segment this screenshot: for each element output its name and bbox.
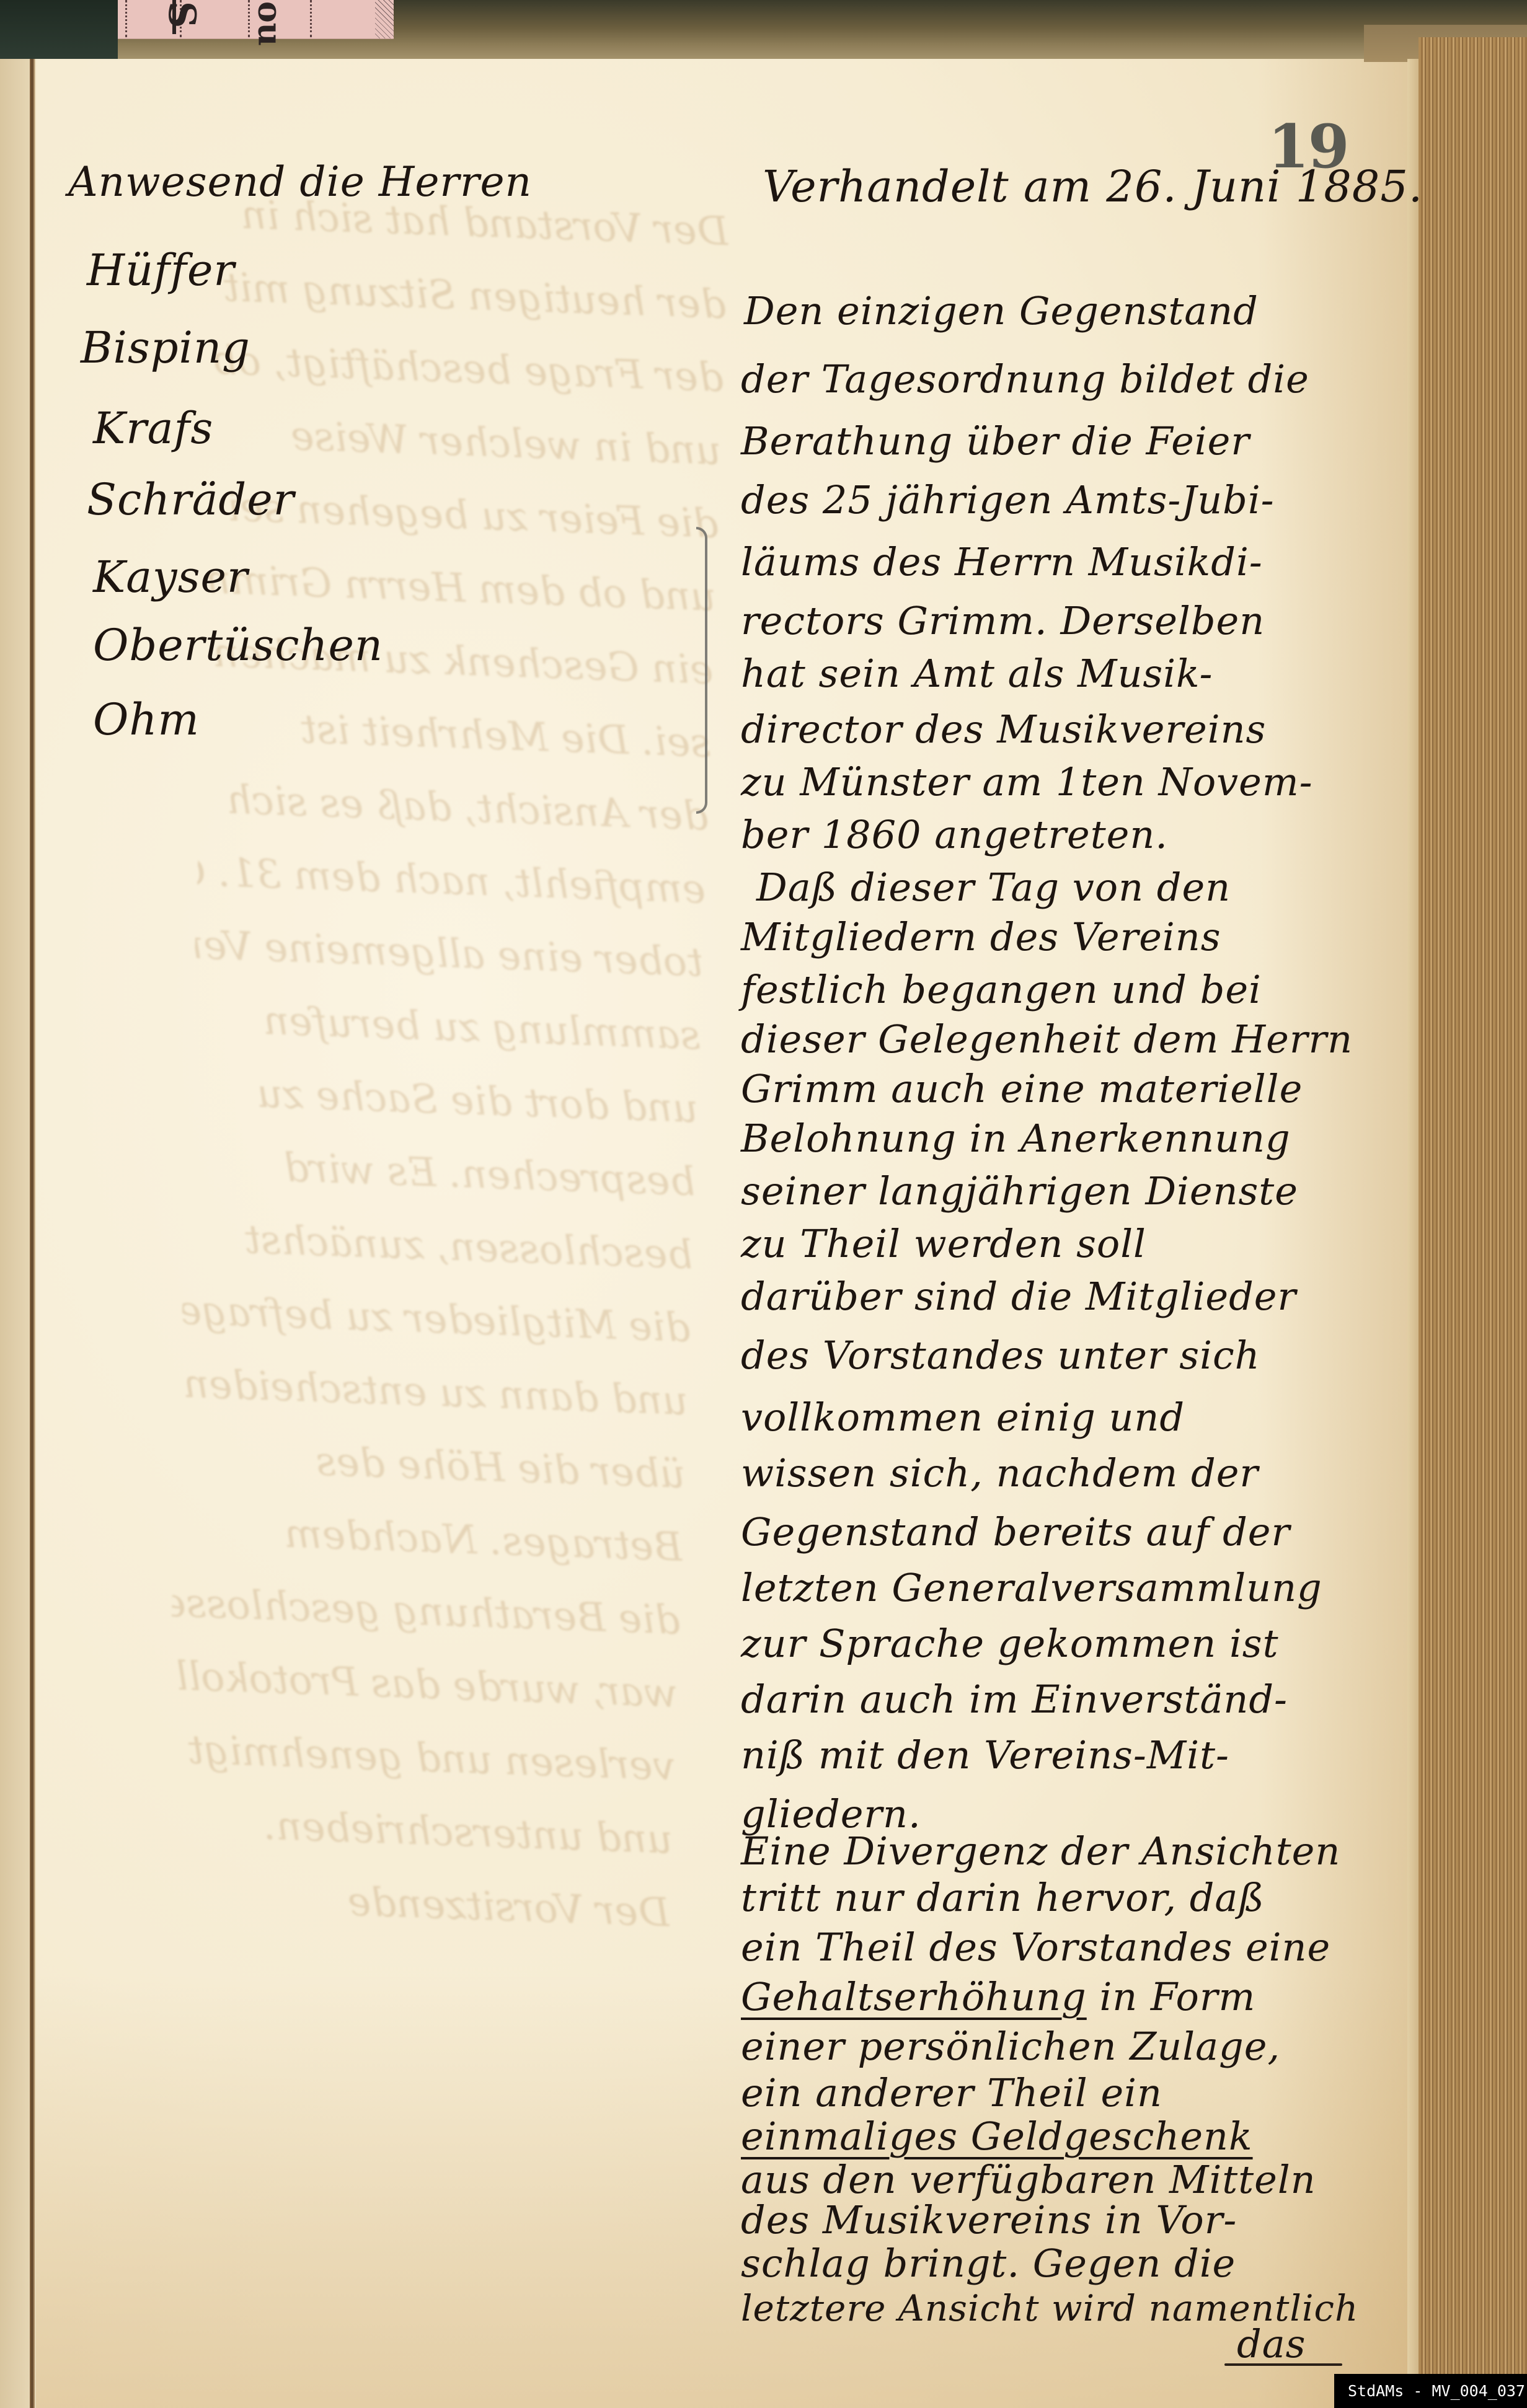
attendee-name: Bisping xyxy=(81,322,250,373)
closing-flourish-line xyxy=(1224,2363,1342,2366)
minutes-line: tritt nur darin hervor, daß xyxy=(741,1875,1265,1920)
minutes-line: ein anderer Theil ein xyxy=(741,2070,1162,2115)
tab-lace-border xyxy=(375,0,394,38)
tab-perforation xyxy=(125,0,127,37)
minutes-line-underlined: einmaliges Geldgeschenk xyxy=(741,2114,1253,2159)
minutes-line: Gehaltserhöhung in Form xyxy=(741,1974,1255,2019)
attendee-name: Obertüschen xyxy=(93,620,383,671)
attendees-heading: Anwesend die Herren xyxy=(68,158,532,206)
tab-perforation xyxy=(310,0,312,37)
minutes-line: wissen sich, nachdem der xyxy=(741,1450,1259,1496)
minutes-line: Grimm auch eine materielle xyxy=(741,1066,1303,1111)
minutes-line: zur Sprache gekommen ist xyxy=(741,1621,1279,1666)
book-cover-corner xyxy=(0,0,118,62)
minutes-line: darin auch im Einverständ- xyxy=(741,1677,1288,1722)
attendee-name: Kayser xyxy=(93,552,248,602)
minutes-line: Berathung über die Feier xyxy=(741,418,1250,464)
book-fore-edge xyxy=(1419,37,1527,2408)
minutes-line: zu Theil werden soll xyxy=(741,1221,1146,1266)
minutes-line: zu Münster am 1ten Novem- xyxy=(741,759,1313,805)
tab-glyph: S xyxy=(160,1,203,28)
minutes-line: letzten Generalversammlung xyxy=(741,1565,1322,1610)
minutes-line: vollkommen einig und xyxy=(741,1395,1185,1440)
tab-perforation xyxy=(248,0,250,37)
minutes-line: ein Theil des Vorstandes eine xyxy=(741,1925,1330,1970)
attendee-name: Krafs xyxy=(93,403,213,454)
archive-reference-label: StdAMs - MV_004_037 xyxy=(1334,2374,1527,2408)
minutes-line: festlich begangen und bei xyxy=(741,967,1262,1012)
minutes-line: Mitgliedern des Vereins xyxy=(741,914,1221,959)
minutes-line: hat sein Amt als Musik- xyxy=(741,651,1213,696)
minutes-line: Daß dieser Tag von den xyxy=(756,865,1231,910)
minutes-line: des Vorstandes unter sich xyxy=(741,1333,1260,1378)
minutes-line: des Musikvereins in Vor- xyxy=(741,2197,1237,2243)
minutes-line: einer persönlichen Zulage, xyxy=(741,2024,1280,2069)
attendee-name: Schräder xyxy=(87,474,294,525)
underlined-word: Gehaltserhöhung xyxy=(741,1974,1087,2019)
tab-glyph: ou xyxy=(250,1,288,46)
minutes-line: niß mit den Vereins-Mit- xyxy=(741,1732,1229,1778)
pencil-margin-bracket xyxy=(696,527,707,814)
minutes-line: seiner langjährigen Dienste xyxy=(741,1168,1298,1214)
minutes-line: dieser Gelegenheit dem Herrn xyxy=(741,1017,1353,1062)
attendee-name: Hüffer xyxy=(87,245,235,296)
minutes-line: der Tagesordnung bildet die xyxy=(741,356,1309,402)
minutes-line: des 25 jährigen Amts-Jubi- xyxy=(741,477,1275,523)
minutes-line: Eine Divergenz der Ansichten xyxy=(741,1828,1340,1874)
minutes-line: director des Musikvereins xyxy=(741,707,1266,752)
minutes-line: aus den verfügbaren Mitteln xyxy=(741,2157,1316,2202)
minutes-line: darüber sind die Mitglieder xyxy=(741,1274,1296,1319)
minutes-line: schlag bringt. Gegen die xyxy=(741,2241,1236,2286)
paper-tab: S ou xyxy=(118,0,394,39)
minutes-line: Gegenstand bereits auf der xyxy=(741,1509,1290,1555)
minutes-line: ber 1860 angetreten. xyxy=(741,812,1168,857)
minutes-line: Den einzigen Gegenstand xyxy=(744,288,1259,333)
minutes-line: rectors Grimm. Derselben xyxy=(741,598,1265,643)
minutes-line: läums des Herrn Musikdi- xyxy=(741,539,1263,584)
attendee-name: Ohm xyxy=(93,694,200,745)
minutes-title: Verhandelt am 26. Juni 1885. xyxy=(763,161,1423,212)
catchword: das xyxy=(1237,2321,1306,2366)
binding-gutter xyxy=(30,59,35,2408)
minutes-line: Belohnung in Anerkennung xyxy=(741,1116,1291,1161)
